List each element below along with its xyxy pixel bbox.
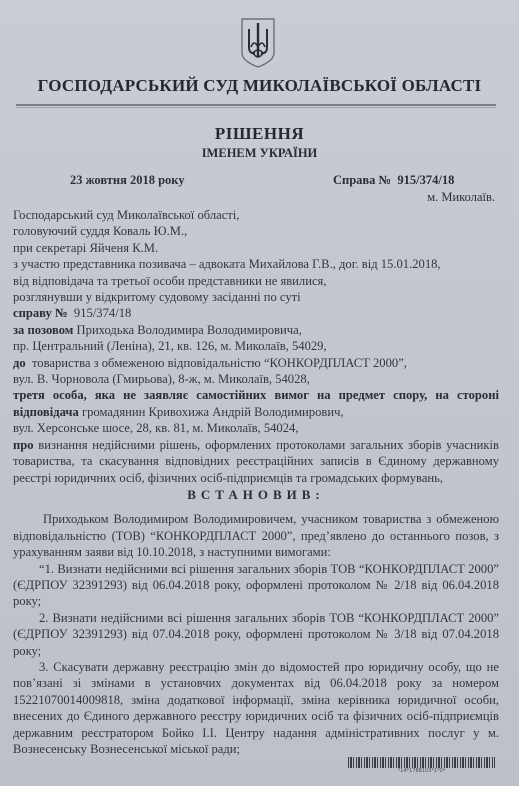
subject-label: про <box>13 438 34 452</box>
plaintiff-label: за позовом <box>13 323 73 337</box>
defendant-label: до <box>13 356 26 370</box>
court-name: ГОСПОДАРСЬКИЙ СУД МИКОЛАЇВСЬКОЇ ОБЛАСТІ <box>0 76 519 96</box>
header-divider-thin <box>16 107 496 108</box>
third-party-label: третя особа, яка не заявляє самостійних … <box>13 387 499 403</box>
third-party-label-end: відповідача <box>13 405 79 419</box>
document-subtitle: ІМЕНЕМ УКРАЇНИ <box>0 146 519 161</box>
case-number: Справа № 915/374/18 <box>333 173 454 188</box>
decision-body: Господарський суд Миколаївської області,… <box>13 207 499 757</box>
defendant-name: товариства з обмеженою відповідальністю … <box>32 356 407 370</box>
decision-date: 23 жовтня 2018 року <box>70 173 185 188</box>
subject-text: визнання недійсними рішень, оформлених п… <box>13 438 499 485</box>
intro-line: Господарський суд Миколаївської області, <box>13 207 499 223</box>
header-divider <box>16 104 496 106</box>
case-number-value: 915/374/18 <box>397 173 454 187</box>
intro-line: від відповідача та третьої особи предста… <box>13 273 499 289</box>
case-line-label: справу № <box>13 306 68 320</box>
established-heading: ВСТАНОВИВ: <box>13 487 499 503</box>
intro-line: з участю представника позивача – адвокат… <box>13 256 499 272</box>
third-party: відповідача громадянин Кривохижа Андрій … <box>13 404 499 420</box>
subject: про визнання недійсними рішень, оформлен… <box>13 437 499 486</box>
third-party-name: громадянин Кривохижа Андрій Володимирови… <box>82 405 344 419</box>
claim-item: 2. Визнати недійсними всі рішення загаль… <box>13 610 499 659</box>
case-line-number: 915/374/18 <box>74 306 131 320</box>
plaintiff-address: пр. Центральний (Леніна), 21, кв. 126, м… <box>13 338 499 354</box>
court-decision-page: ГОСПОДАРСЬКИЙ СУД МИКОЛАЇВСЬКОЇ ОБЛАСТІ … <box>0 0 519 786</box>
document-title: РІШЕННЯ <box>0 124 519 144</box>
established-paragraph: Приходьком Володимиром Володимировичем, … <box>13 511 499 560</box>
tryzub-coat-of-arms-icon <box>240 17 276 69</box>
case-label: Справа № <box>333 173 391 187</box>
claim-item: “1. Визнати недійсними всі рішення загал… <box>13 561 499 610</box>
intro-line: головуючий суддя Коваль Ю.М., <box>13 223 499 239</box>
case-line: справу № 915/374/18 <box>13 305 499 321</box>
claim-item: 3. Скасувати державну реєстрацію змін до… <box>13 659 499 757</box>
plaintiff-name: Приходька Володимира Володимировича, <box>77 323 302 337</box>
intro-line: розглянувши у відкритому судовому засіда… <box>13 289 499 305</box>
intro-line: при секретарі Яйченя К.М. <box>13 240 499 256</box>
third-party-address: вул. Херсонське шосе, 28, кв. 81, м. Мик… <box>13 420 499 436</box>
city: м. Миколаїв. <box>427 190 495 205</box>
defendant: до товариства з обмеженою відповідальніс… <box>13 355 499 371</box>
defendant-address: вул. В. Чорновола (Гмирьова), 8-ж, м. Ми… <box>13 371 499 387</box>
barcode-number: *14*1788103*1*0* <box>348 768 495 774</box>
plaintiff: за позовом Приходька Володимира Володими… <box>13 322 499 338</box>
barcode-icon <box>348 757 495 768</box>
